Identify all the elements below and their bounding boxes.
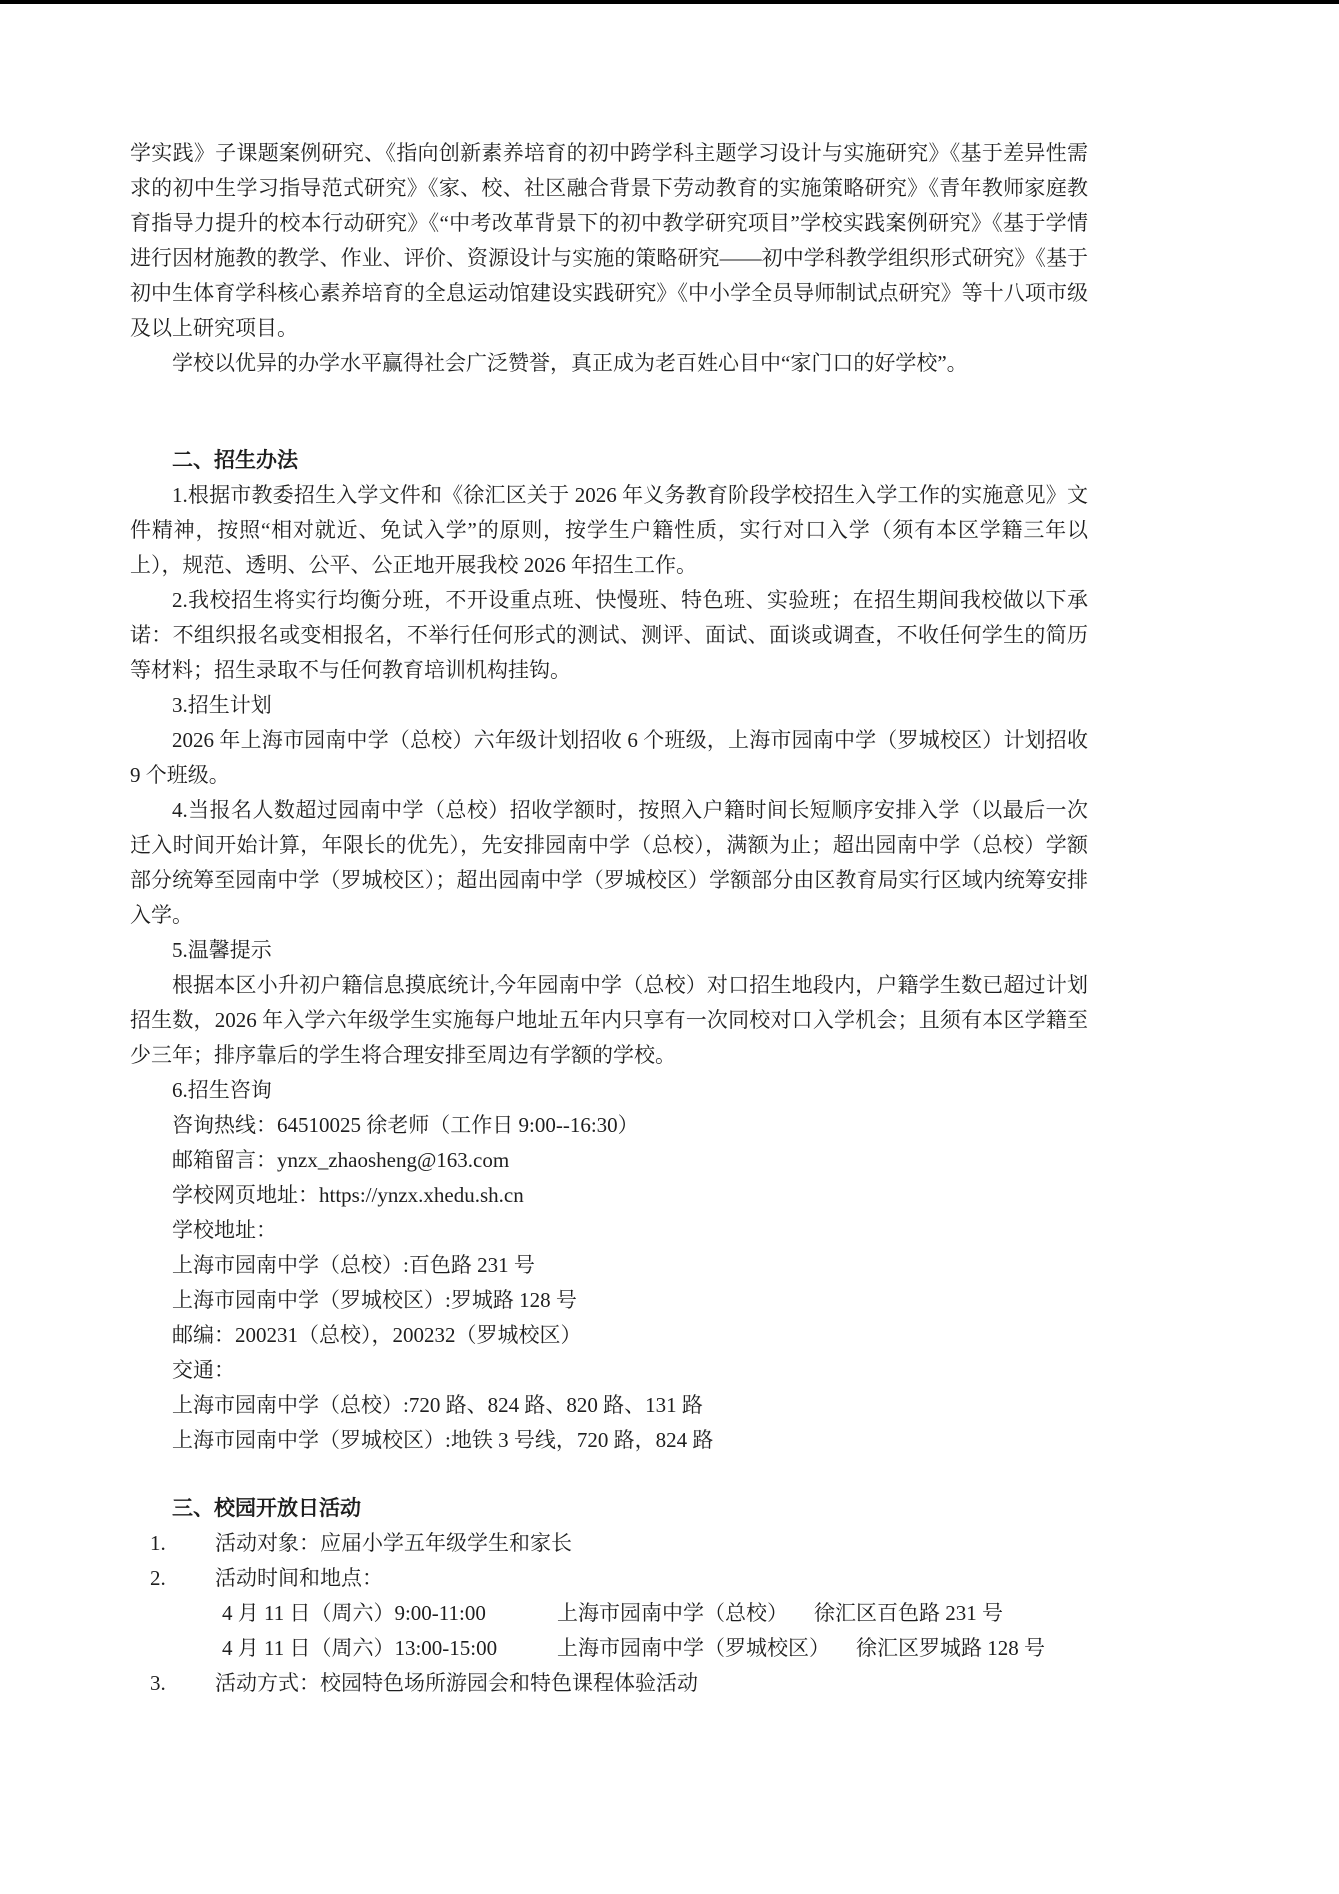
transport-luocheng-campus: 上海市园南中学（罗城校区）:地铁 3 号线，720 路，824 路 bbox=[130, 1423, 1088, 1458]
address-luocheng-campus: 上海市园南中学（罗城校区）:罗城路 128 号 bbox=[130, 1283, 1088, 1318]
list-number: 2. bbox=[150, 1561, 215, 1596]
list-text: 活动方式：校园特色场所游园会和特色课程体验活动 bbox=[215, 1666, 1088, 1701]
paragraph-consultation-title: 6.招生咨询 bbox=[130, 1073, 1088, 1108]
email-text: 邮箱留言：ynzx_zhaosheng@163.com bbox=[130, 1143, 1088, 1178]
address-label: 学校地址： bbox=[130, 1213, 1088, 1248]
schedule-school: 上海市园南中学（总校） bbox=[557, 1596, 788, 1631]
top-border-bar bbox=[0, 0, 1339, 4]
open-day-item-audience: 1. 活动对象：应届小学五年级学生和家长 bbox=[130, 1526, 1088, 1561]
section-heading-open-day: 三、校园开放日活动 bbox=[130, 1491, 1088, 1526]
paragraph-reminder-title: 5.温馨提示 bbox=[130, 933, 1088, 968]
paragraph-admissions-policy: 1.根据市教委招生入学文件和《徐汇区关于 2026 年义务教育阶段学校招生入学工… bbox=[130, 478, 1088, 583]
hotline-text: 咨询热线：64510025 徐老师（工作日 9:00--16:30） bbox=[130, 1108, 1088, 1143]
schedule-address: 徐汇区百色路 231 号 bbox=[814, 1596, 1003, 1631]
paragraph-reminder-detail: 根据本区小升初户籍信息摸底统计,今年园南中学（总校）对口招生地段内，户籍学生数已… bbox=[130, 968, 1088, 1073]
paragraph-research-projects: 学实践》子课题案例研究、《指向创新素养培育的初中跨学科主题学习设计与实施研究》《… bbox=[130, 136, 1088, 346]
schedule-datetime: 4 月 11 日（周六）9:00-11:00 bbox=[222, 1596, 557, 1631]
transport-main-campus: 上海市园南中学（总校）:720 路、824 路、820 路、131 路 bbox=[130, 1388, 1088, 1423]
document-page: 学实践》子课题案例研究、《指向创新素养培育的初中跨学科主题学习设计与实施研究》《… bbox=[0, 0, 1339, 1701]
website-text: 学校网页地址：https://ynzx.xhedu.sh.cn bbox=[130, 1178, 1088, 1213]
schedule-datetime: 4 月 11 日（周六）13:00-15:00 bbox=[222, 1631, 557, 1666]
paragraph-over-quota-rules: 4.当报名人数超过园南中学（总校）招收学额时，按照入户籍时间长短顺序安排入学（以… bbox=[130, 793, 1088, 933]
open-day-schedule-row: 4 月 11 日（周六）13:00-15:00 上海市园南中学（罗城校区） 徐汇… bbox=[130, 1631, 1088, 1666]
document-content: 学实践》子课题案例研究、《指向创新素养培育的初中跨学科主题学习设计与实施研究》《… bbox=[130, 136, 1088, 1701]
list-text: 活动时间和地点： bbox=[215, 1561, 1088, 1596]
address-main-campus: 上海市园南中学（总校）:百色路 231 号 bbox=[130, 1248, 1088, 1283]
list-number: 3. bbox=[150, 1666, 215, 1701]
schedule-school: 上海市园南中学（罗城校区） bbox=[557, 1631, 830, 1666]
paragraph-enrollment-plan-title: 3.招生计划 bbox=[130, 688, 1088, 723]
list-number: 1. bbox=[150, 1526, 215, 1561]
open-day-item-time-place: 2. 活动时间和地点： bbox=[130, 1561, 1088, 1596]
open-day-item-format: 3. 活动方式：校园特色场所游园会和特色课程体验活动 bbox=[130, 1666, 1088, 1701]
schedule-address: 徐汇区罗城路 128 号 bbox=[856, 1631, 1045, 1666]
paragraph-enrollment-plan: 2026 年上海市园南中学（总校）六年级计划招收 6 个班级，上海市园南中学（罗… bbox=[130, 723, 1088, 793]
list-text: 活动对象：应届小学五年级学生和家长 bbox=[215, 1526, 1088, 1561]
paragraph-balanced-classes: 2.我校招生将实行均衡分班，不开设重点班、快慢班、特色班、实验班；在招生期间我校… bbox=[130, 583, 1088, 688]
postcode-text: 邮编：200231（总校），200232（罗城校区） bbox=[130, 1318, 1088, 1353]
transport-label: 交通： bbox=[130, 1353, 1088, 1388]
paragraph-school-reputation: 学校以优异的办学水平赢得社会广泛赞誉，真正成为老百姓心目中“家门口的好学校”。 bbox=[130, 346, 1088, 381]
open-day-schedule-row: 4 月 11 日（周六）9:00-11:00 上海市园南中学（总校） 徐汇区百色… bbox=[130, 1596, 1088, 1631]
section-heading-admissions: 二、招生办法 bbox=[130, 443, 1088, 478]
